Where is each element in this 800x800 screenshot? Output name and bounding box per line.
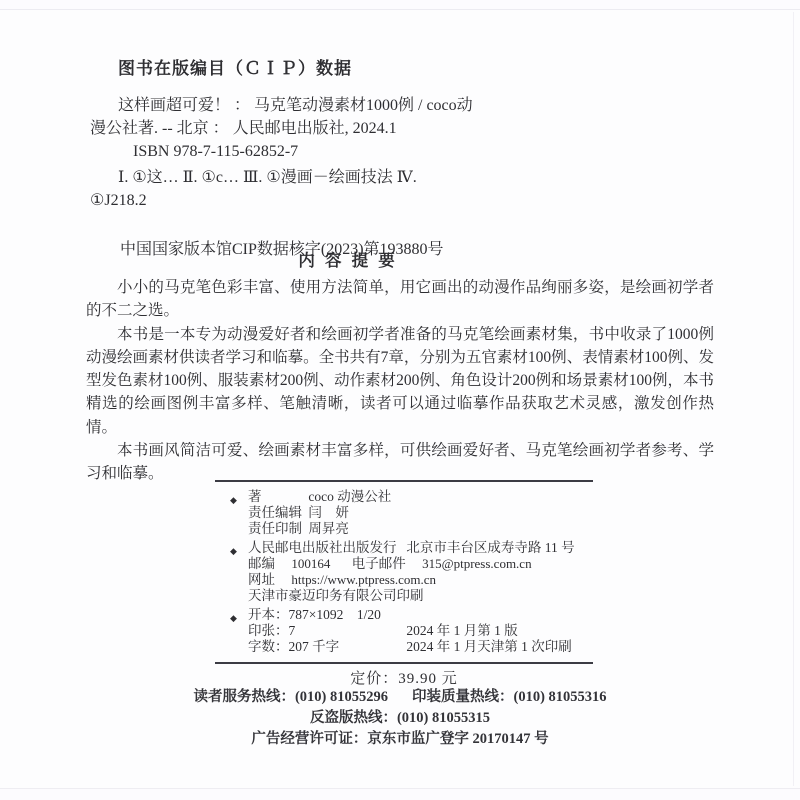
edition-value: 2024 年 1 月第 1 版 (406, 623, 517, 638)
sheets-value: 印张：7 (248, 623, 403, 639)
cip-title-line2: 漫公社著. -- 北京 ： 人民邮电出版社, 2024.1 (90, 117, 590, 140)
colophon-block: ◆ 著 coco 动漫公社 责任编辑 闫 妍 责任印制 周昇亮 ◆ 人民邮电出版… (215, 480, 593, 664)
author-label: 著 (248, 489, 305, 505)
author-row: ◆ 著 coco 动漫公社 (215, 489, 593, 505)
website-row: 网址 https://www.ptpress.com.cn (215, 572, 593, 588)
abstract-paragraph-3: 本书画风简洁可爱、绘画素材丰富多样，可供绘画爱好者、马克笔绘画初学者参考、学习和… (86, 439, 714, 486)
print-supervisor-label: 责任印制 (248, 521, 305, 537)
reader-hotline: 读者服务热线：(010) 81055296 (193, 689, 388, 705)
hotline-row-1: 读者服务热线：(010) 81055296印装质量热线：(010) 810553… (0, 687, 800, 708)
print-supervisor-value: 周昇亮 (308, 521, 349, 536)
postcode-label: 邮编 (248, 556, 275, 571)
postcode-email-row: 邮编 100164 电子邮件 315@ptpress.com.cn (215, 556, 593, 572)
footer-hotlines: 读者服务热线：(010) 81055296印装质量热线：(010) 810553… (0, 687, 800, 750)
postcode-value: 100164 (291, 556, 330, 571)
website-url: https://www.ptpress.com.cn (291, 572, 436, 587)
scan-edge-bottom (0, 788, 800, 800)
book-copyright-page: 图书在版编目（ＣＩＰ）数据 这样画超可爱！ ： 马克笔动漫素材1000例 / c… (0, 0, 800, 800)
print-company-row: 天津市豪迈印务有限公司印刷 (215, 588, 593, 604)
email-label: 电子邮件 (352, 556, 406, 571)
print-company: 天津市豪迈印务有限公司印刷 (248, 588, 424, 603)
format-value: 开本：787×1092 1/20 (248, 607, 381, 622)
impression-value: 2024 年 1 月天津第 1 次印刷 (406, 639, 571, 654)
editor-label: 责任编辑 (248, 505, 305, 521)
scan-edge-right (793, 12, 794, 786)
scan-edge-top (0, 0, 800, 10)
quality-hotline: 印装质量热线：(010) 81055316 (412, 689, 607, 705)
cip-isbn: ISBN 978-7-115-62852-7 (133, 140, 590, 163)
abstract-section: 小小的马克笔色彩丰富、使用方法简单，用它画出的动漫作品绚丽多姿，是绘画初学者的不… (86, 276, 714, 486)
cip-classification-line2: ①J218.2 (90, 189, 590, 212)
author-value: coco 动漫公社 (308, 489, 391, 504)
abstract-title: 内 容 提 要 (0, 247, 696, 271)
wordcount-value: 字数：207 千字 (248, 639, 403, 655)
editor-value: 闫 妍 (308, 505, 349, 520)
cip-title-line1: 这样画超可爱！ ： 马克笔动漫素材1000例 / coco动 (118, 94, 590, 117)
email-value: 315@ptpress.com.cn (422, 556, 531, 571)
cip-classification-line1: Ⅰ. ①这… Ⅱ. ①c… Ⅲ. ①漫画－绘画技法 Ⅳ. (118, 166, 590, 189)
piracy-hotline: 反盗版热线：(010) 81055315 (0, 708, 800, 729)
ad-license: 广告经营许可证：京东市监广登字 20170147 号 (0, 729, 800, 750)
editor-row: 责任编辑 闫 妍 (215, 505, 593, 521)
wordcount-impression-row: 字数：207 千字 2024 年 1 月天津第 1 次印刷 (215, 639, 593, 655)
abstract-paragraph-2: 本书是一本专为动漫爱好者和绘画初学者准备的马克笔绘画素材集，书中收录了1000例… (86, 323, 714, 439)
cip-header: 图书在版编目（ＣＩＰ）数据 (118, 57, 590, 80)
website-label: 网址 (248, 572, 275, 587)
price-line: 定价：39.90 元 (215, 667, 593, 688)
cip-section: 图书在版编目（ＣＩＰ）数据 这样画超可爱！ ： 马克笔动漫素材1000例 / c… (90, 57, 590, 261)
publisher-address: 北京市丰台区成寿寺路 11 号 (406, 540, 574, 555)
publisher-row: ◆ 人民邮电出版社出版发行 北京市丰台区成寿寺路 11 号 (215, 540, 593, 556)
sheets-edition-row: 印张：7 2024 年 1 月第 1 版 (215, 623, 593, 639)
print-supervisor-row: 责任印制 周昇亮 (215, 521, 593, 537)
format-row: ◆ 开本：787×1092 1/20 (215, 607, 593, 623)
abstract-paragraph-1: 小小的马克笔色彩丰富、使用方法简单，用它画出的动漫作品绚丽多姿，是绘画初学者的不… (86, 276, 714, 323)
publisher-name: 人民邮电出版社出版发行 (248, 540, 403, 556)
